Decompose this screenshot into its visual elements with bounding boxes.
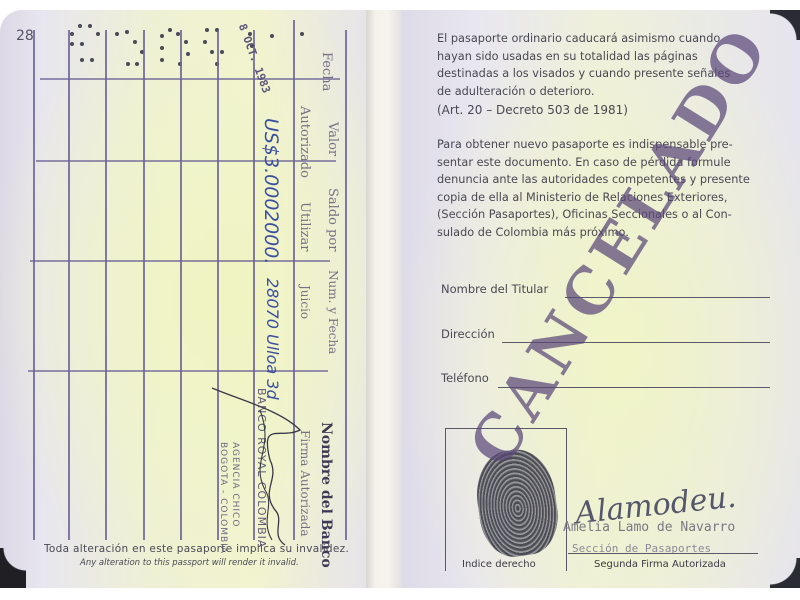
bank-signature [200, 370, 310, 550]
header-valor: Valor [325, 122, 340, 156]
passport-spread: 28 8 OCT. 1983 Fecha [0, 10, 800, 588]
binding-gutter [366, 10, 402, 588]
footer-warning-english: Any alteration to this passport will ren… [80, 558, 299, 568]
page-corner-shadow [0, 548, 26, 588]
header-utilizar: Utilizar [297, 202, 312, 251]
notice-line: Para obtener nuevo pasaporte es indispen… [437, 136, 787, 154]
phone-label: Teléfono [441, 371, 489, 385]
saldo-entry: 2000. [260, 210, 282, 264]
notice-line: sentar este documento. En caso de pérdid… [437, 154, 787, 172]
fingerprint-label: Indice derecho [462, 559, 536, 570]
header-numero-fecha: Num. y Fecha [326, 270, 340, 354]
page-number: 28 [16, 28, 34, 44]
notice-line: denuncia ante las autoridades competente… [437, 171, 787, 189]
valor-autorizado-entry: US$3.000 [260, 118, 282, 210]
header-autorizado: Autorizado [297, 106, 312, 178]
holder-name-label: Nombre del Titular [441, 282, 548, 296]
signature-line [568, 553, 758, 554]
address-label: Dirección [441, 327, 495, 341]
official-name-stamp: Amelia Lamo de Navarro [563, 520, 735, 535]
page-corner-shadow [770, 558, 800, 588]
signature-label: Segunda Firma Autorizada [594, 559, 726, 570]
footer-warning-spanish: Toda alteración en este pasaporte implic… [44, 543, 349, 555]
header-fecha: Fecha [319, 52, 334, 91]
header-juicio: Juicio [298, 285, 312, 319]
header-saldo: Saldo por [325, 188, 340, 251]
